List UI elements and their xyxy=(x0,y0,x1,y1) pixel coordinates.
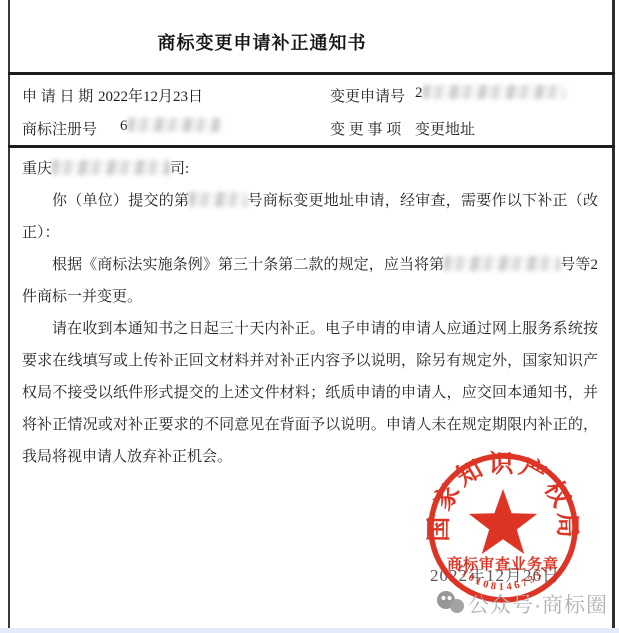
paragraph-2-before: 根据《商标法实施条例》第三十条第二款的规定，应当将第 xyxy=(52,257,444,273)
redacted-application-no xyxy=(189,192,247,207)
trademark-reg-no-visible-digit: 6 xyxy=(120,118,128,134)
header-divider xyxy=(8,72,615,75)
paragraph-1-before: 你（单位）提交的第 xyxy=(52,193,189,209)
notice-body: 重庆司: 你（单位）提交的第号商标变更地址申请，经审查，需要作以下补正（改正）：… xyxy=(22,153,598,473)
redacted-recipient-name xyxy=(52,160,170,175)
trademark-reg-no-label: 商标注册号 xyxy=(22,118,97,139)
change-item-label: 变 更 事 项 xyxy=(330,118,401,139)
recipient-suffix: 司: xyxy=(170,161,189,177)
redacted-trademark-no xyxy=(444,256,560,271)
page-title: 商标变更申请补正通知书 xyxy=(0,29,524,55)
scan-background-strip xyxy=(0,628,619,633)
notice-page: 商标变更申请补正通知书 申 请 日 期 2022年12月23日 变更申请号 2 … xyxy=(0,0,619,628)
official-seal: 国家知识产权局 商标审查业务章 1101081467331 xyxy=(424,449,582,607)
recipient-prefix: 重庆 xyxy=(22,161,52,177)
recipient-line: 重庆司: xyxy=(22,153,598,185)
trademark-reg-no-value: 6 xyxy=(120,118,221,135)
application-date-label: 申 请 日 期 xyxy=(22,85,93,106)
application-date-value: 2022年12月23日 xyxy=(98,85,203,106)
document-scan: 商标变更申请补正通知书 申 请 日 期 2022年12月23日 变更申请号 2 … xyxy=(0,0,619,633)
change-item-value: 变更地址 xyxy=(415,118,475,139)
page-border-right xyxy=(612,0,615,628)
watermark-text: 公众号·商标圈 xyxy=(468,589,608,619)
redacted-trademark-reg-no xyxy=(128,118,221,132)
redacted-change-application-no xyxy=(423,85,565,99)
watermark-logo-icon xyxy=(435,590,467,616)
fields-divider xyxy=(8,145,615,148)
page-border-left xyxy=(8,0,10,628)
change-application-no-label: 变更申请号 xyxy=(330,85,405,106)
paragraph-2: 根据《商标法实施条例》第三十条第二款的规定，应当将第号等2件商标一并变更。 xyxy=(22,249,598,313)
paragraph-1: 你（单位）提交的第号商标变更地址申请，经审查，需要作以下补正（改正）： xyxy=(22,185,598,249)
change-application-no-visible-digit: 2 xyxy=(415,85,423,101)
seal-star-icon xyxy=(469,489,537,554)
change-application-no-value: 2 xyxy=(415,85,565,102)
